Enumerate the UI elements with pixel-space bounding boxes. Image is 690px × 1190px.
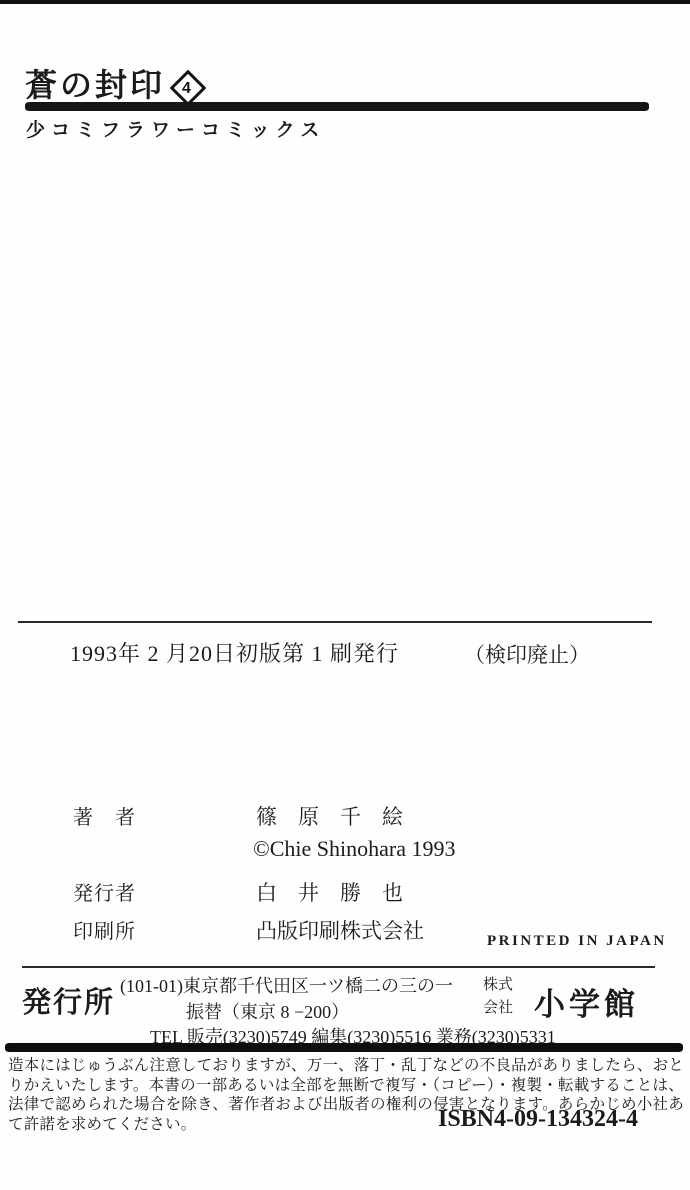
isbn-number: ISBN4-09-134324-4	[398, 1106, 638, 1133]
publisher-company-name: 小学館	[534, 979, 639, 1024]
publisher-divider-rule	[22, 966, 655, 968]
inspection-note: （検印廃止）	[464, 639, 590, 669]
edition-line: 1993年 2 月20日初版第 1 刷発行	[70, 637, 399, 668]
edition-divider-rule	[18, 621, 652, 623]
volume-diamond-badge: 4	[170, 70, 207, 107]
company-type-line2: 会社	[483, 997, 513, 1020]
publisher-postal-transfer: 振替（東京 8 −200）	[186, 998, 349, 1024]
volume-number: 4	[178, 78, 198, 98]
company-type-line1: 株式	[483, 974, 513, 997]
colophon-page: 蒼の封印4 少コミフラワーコミックス 1993年 2 月20日初版第 1 刷発行…	[0, 0, 690, 1190]
author-name: 篠 原 千 絵	[256, 801, 403, 831]
bottom-rule	[5, 1043, 683, 1052]
publisher-person-label: 発行者	[73, 877, 136, 906]
publisher-label: 発行所	[22, 980, 115, 1021]
publisher-company-type: 株式 会社	[483, 974, 513, 1020]
copyright-line: ©Chie Shinohara 1993	[253, 836, 455, 862]
printer-name: 凸版印刷株式会社	[256, 915, 424, 945]
top-border-line	[0, 0, 690, 4]
printed-in-japan: PRINTED IN JAPAN	[487, 933, 667, 950]
publisher-person-name: 白 井 勝 也	[256, 877, 403, 907]
publisher-address: (101-01)東京都千代田区一ツ橋二の三の一	[120, 972, 453, 998]
book-title: 蒼の封印4	[25, 60, 201, 106]
book-title-text: 蒼の封印	[25, 67, 165, 103]
title-underline-rule	[25, 102, 649, 111]
series-name: 少コミフラワーコミックス	[26, 115, 325, 142]
author-label: 著 者	[73, 801, 136, 830]
printer-label: 印刷所	[73, 915, 136, 944]
